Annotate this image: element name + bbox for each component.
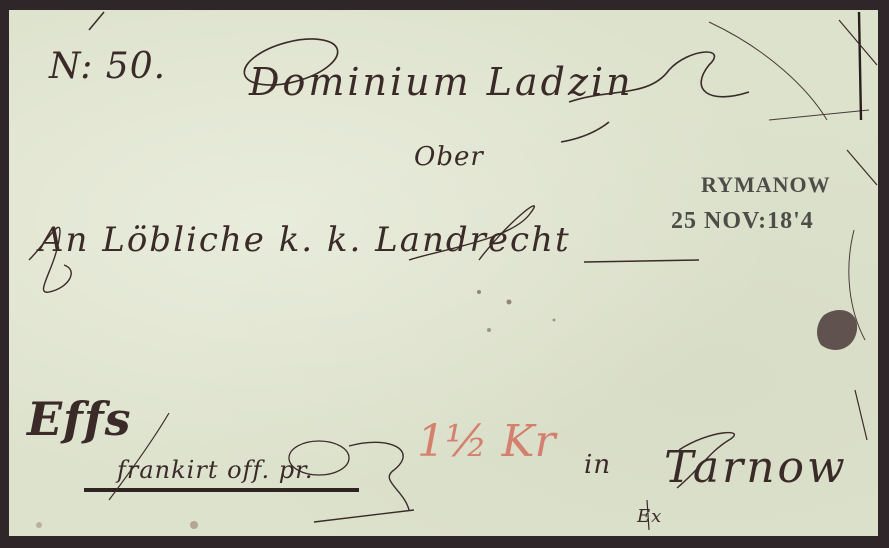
reference-number: N: 50.: [49, 46, 166, 87]
marking-effs: Effs: [27, 392, 132, 446]
address-line-recipient: An Löbliche k. k. Landrecht: [39, 220, 571, 260]
postmark-date: 25 NOV:18'4: [671, 208, 814, 235]
letter-paper: N: 50. Dominium Ladzin Ober An Löbliche …: [9, 10, 878, 536]
destination-prefix: in: [584, 450, 611, 480]
postmark-town: RYMANOW: [701, 172, 831, 198]
destination-town: Tarnow: [664, 442, 848, 493]
bottom-mark: Ex: [637, 506, 662, 527]
red-rate-marking: 1½ Kr: [417, 416, 556, 467]
franking-note: frankirt off. pr.: [117, 456, 314, 484]
address-line-dominium: Dominium Ladzin: [249, 60, 634, 104]
address-line-ober: Ober: [414, 142, 484, 172]
